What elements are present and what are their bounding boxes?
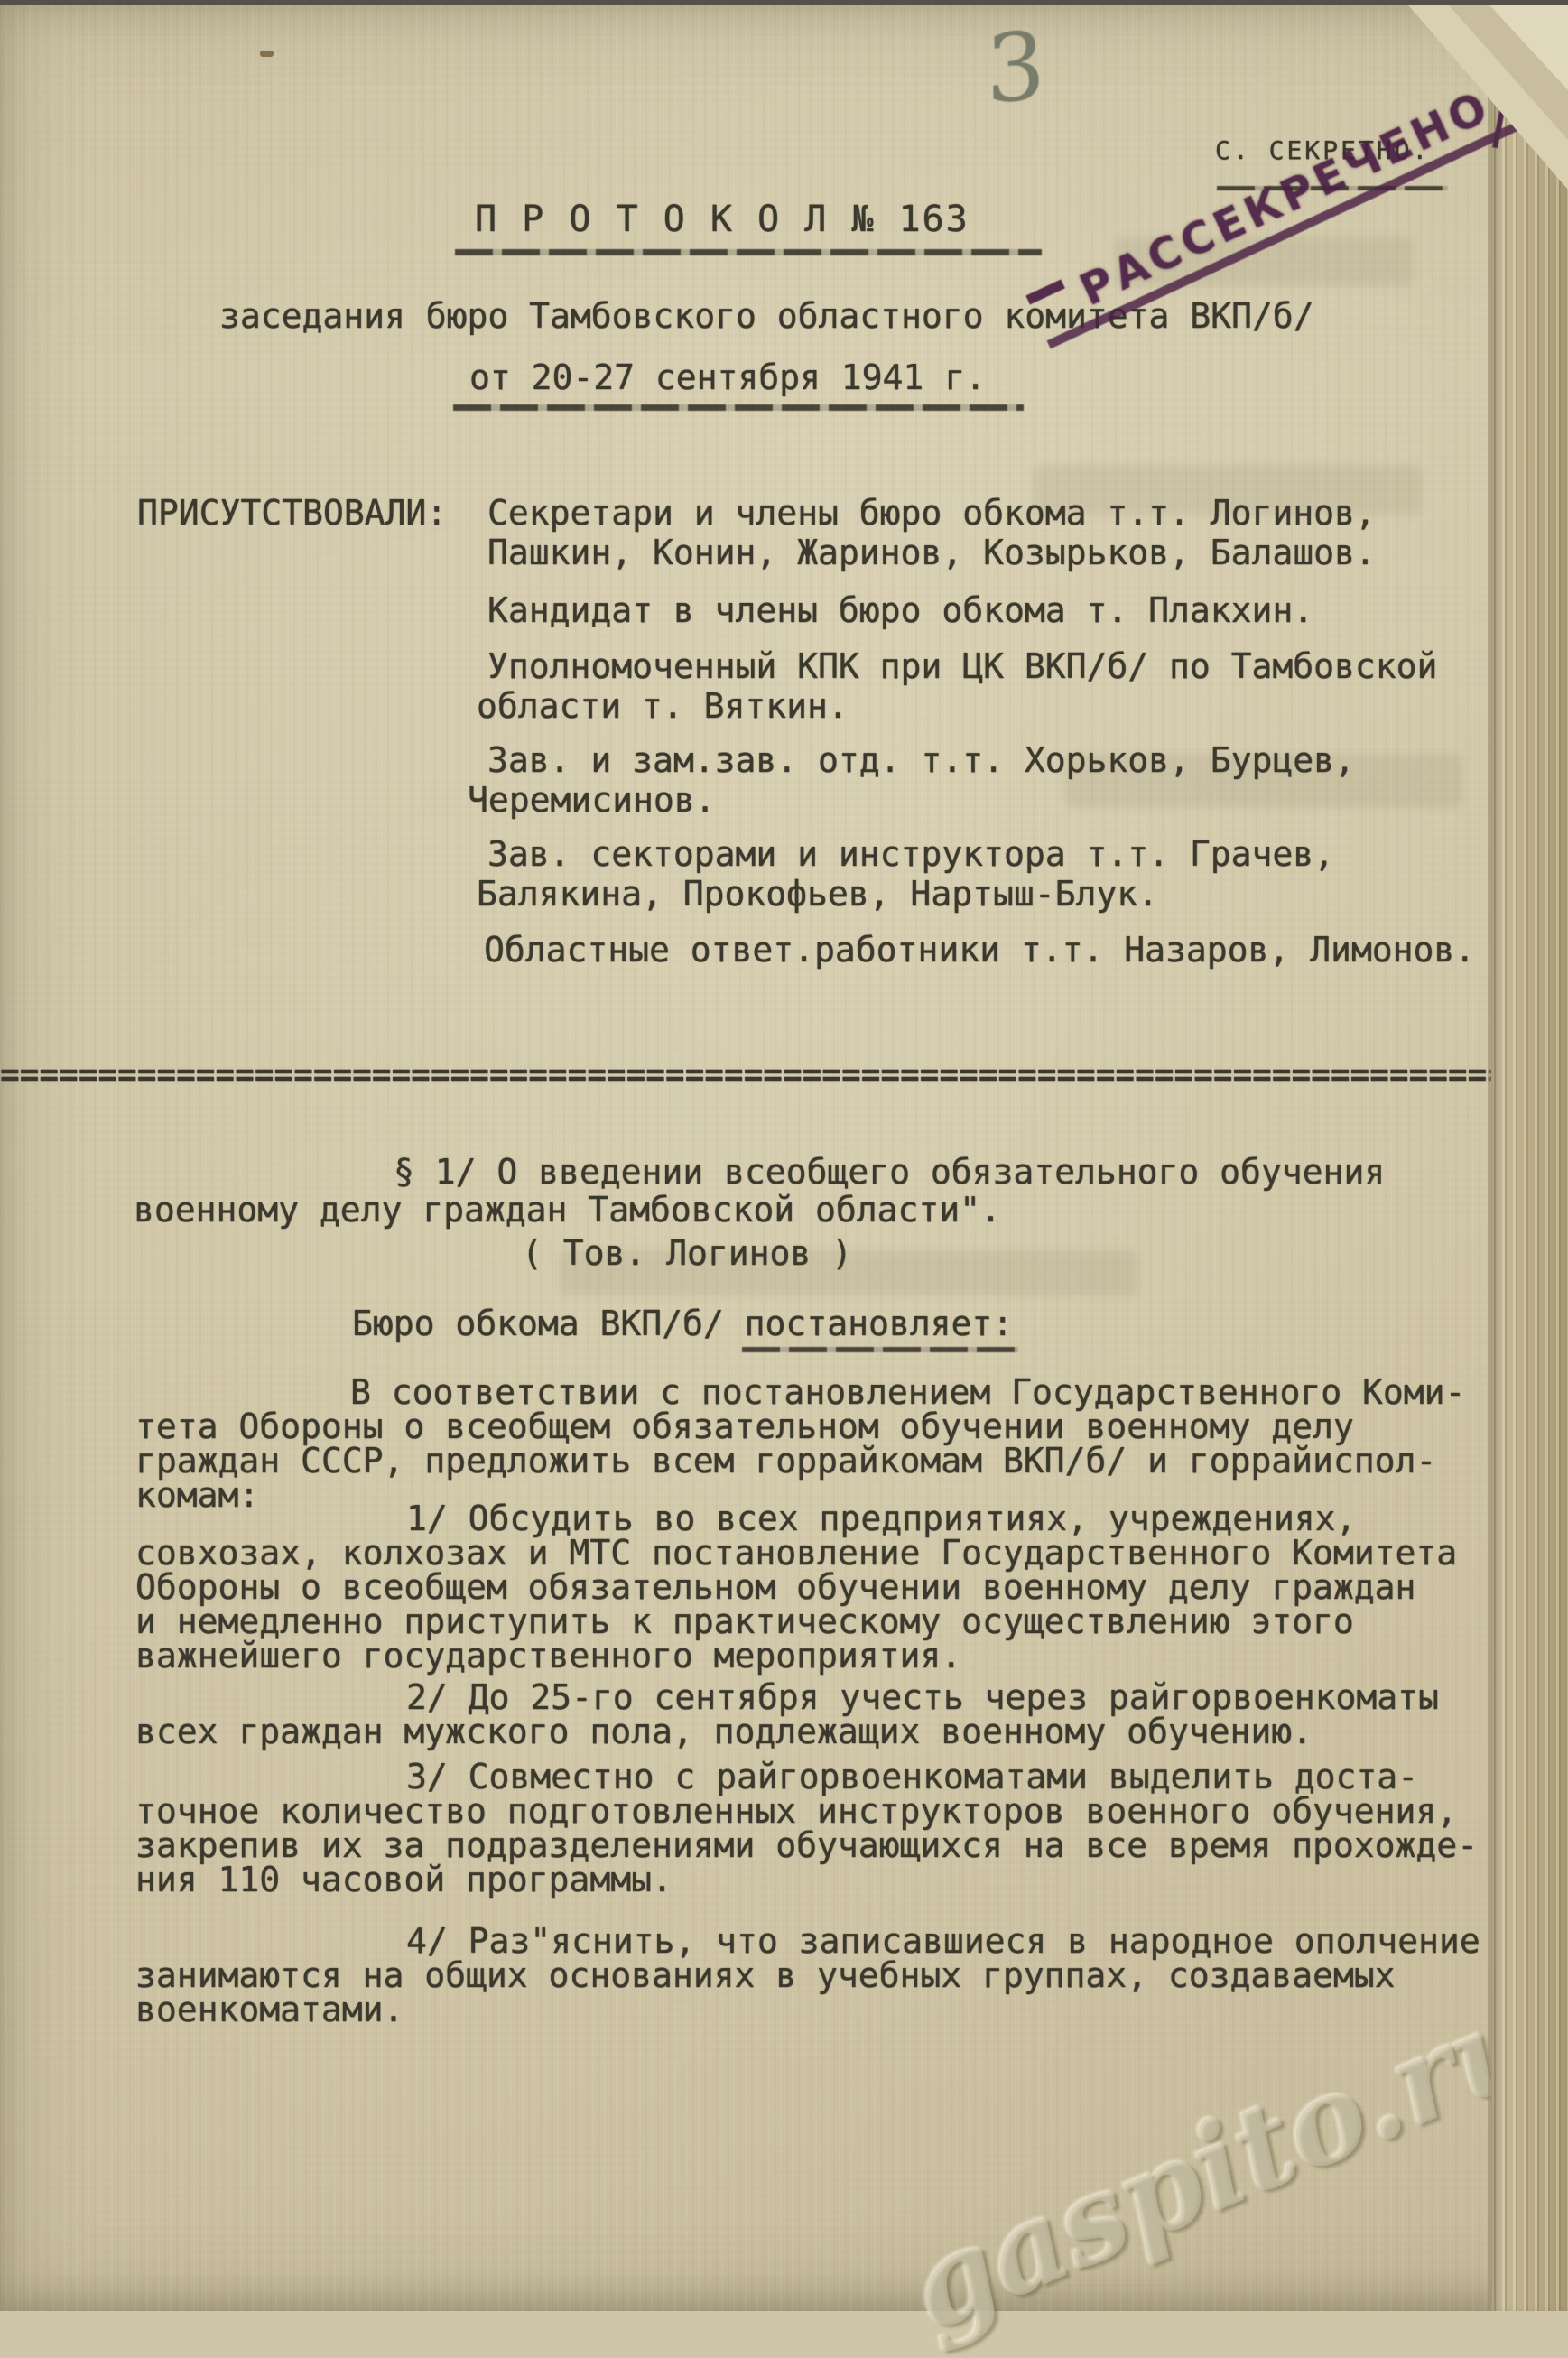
handwritten-page-number: 3	[985, 10, 1046, 125]
attendee-line: Черемисинов.	[468, 780, 716, 820]
attendee-line: Уполномоченный КПК при ЦК ВКП/б/ по Тамб…	[487, 646, 1437, 686]
title-underline	[455, 249, 1042, 255]
attendee-line: Областные ответ.работники т.т. Назаров, …	[484, 930, 1475, 970]
attendee-line: Балякина, Прокофьев, Нартыш-Блук.	[477, 874, 1158, 914]
scan-top-edge	[0, 0, 1568, 5]
body-line: ния 110 часовой программы.	[135, 1860, 673, 1899]
stamp-frame-dash	[1025, 279, 1064, 304]
document-sheet: 3 С. СЕКРЕТНО. РАССЕКРЕЧЕНО П Р О Т О К …	[0, 0, 1568, 2311]
body-line: всех граждан мужского пола, подлежащих в…	[135, 1712, 1313, 1751]
document-dateline: от 20-27 сентября 1941 г.	[469, 357, 986, 397]
body-line: комам:	[135, 1475, 259, 1515]
attendee-line: области т. Вяткин.	[477, 686, 849, 726]
body-line: важнейшего государственного мероприятия.	[135, 1636, 961, 1676]
attendee-line: Секретари и члены бюро обкома т.т. Логин…	[487, 493, 1376, 533]
section-heading-line1: § 1/ О введении всеобщего обязательного …	[394, 1152, 1385, 1192]
body-line: военкоматами.	[135, 1990, 404, 2029]
attendee-line: Пашкин, Конин, Жаринов, Козырьков, Балаш…	[487, 533, 1376, 572]
watermark: gaspito.ru	[889, 1969, 1559, 2311]
attendee-line: Зав. секторами и инструктора т.т. Грачев…	[487, 834, 1334, 874]
section-speaker: ( Тов. Логинов )	[522, 1233, 852, 1273]
section-divider: ========================================…	[0, 1056, 1568, 1093]
attendee-line: Зав. и зам.зав. отд. т.т. Хорьков, Бурце…	[487, 740, 1355, 780]
page-edge-stack	[1491, 0, 1568, 2311]
dateline-underline	[453, 404, 1024, 411]
paper-speck	[260, 51, 274, 57]
attendees-label: ПРИСУТСТВОВАЛИ:	[137, 493, 447, 533]
section-heading-line2: военному делу граждан Тамбовской области…	[134, 1190, 1001, 1230]
document-title: П Р О Т О К О Л № 163	[475, 199, 970, 240]
resolution-intro: Бюро обкома ВКП/б/ постановляет:	[352, 1304, 1013, 1343]
body-line: граждан СССР, предложить всем горрайкома…	[135, 1441, 1436, 1481]
resolution-underline	[742, 1347, 1018, 1352]
attendee-line: Кандидат в члены бюро обкома т. Плакхин.	[487, 590, 1313, 630]
